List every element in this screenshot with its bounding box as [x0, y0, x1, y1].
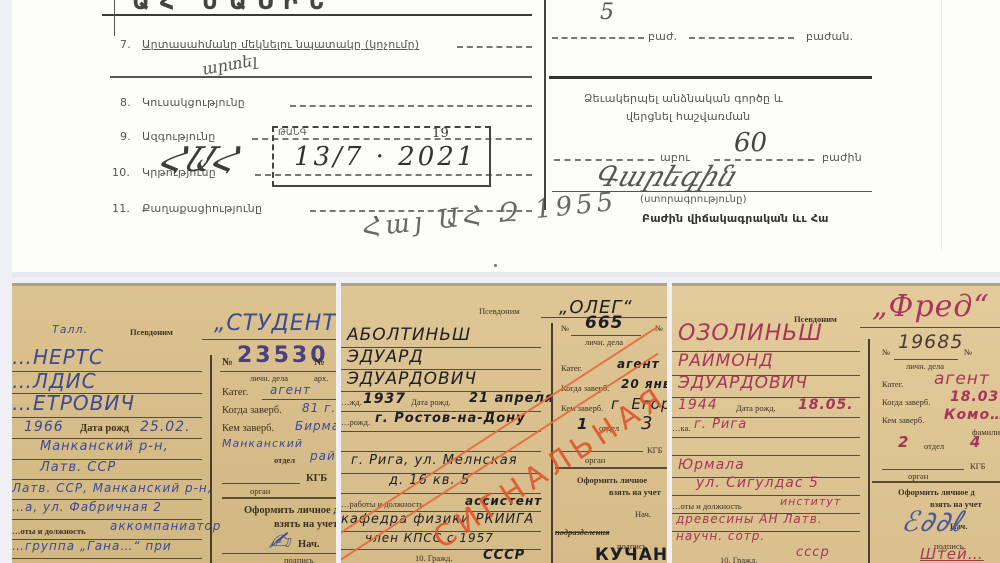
- recruited-by-value: Бирманис: [295, 419, 336, 433]
- field-11-number: 11.: [112, 202, 130, 215]
- birth-place: г. Рига: [694, 417, 747, 432]
- signer-surname: Штей…: [920, 545, 984, 563]
- pseudonym-label: Псевдоним: [130, 327, 173, 337]
- category-label: Катег.: [561, 363, 582, 373]
- first-name: РАЙМОНД: [678, 351, 774, 371]
- category-value: агент: [934, 369, 990, 389]
- recruited-when-value: 18.03: [950, 389, 999, 405]
- recruited-when-label: Когда заверб.: [882, 397, 930, 407]
- recruited-by-label: Кем заверб.: [222, 423, 274, 434]
- card-edge: [341, 283, 667, 286]
- surname: …НЕРТС: [12, 345, 104, 369]
- field-7-label: Արտասահմանը մեկնելու նպատակը (կոչումը): [142, 38, 419, 51]
- rule: [552, 191, 872, 192]
- underline: [202, 339, 336, 340]
- dept-value: рай: [310, 449, 336, 463]
- birth-place: г. Ростов-на-Дону: [375, 411, 526, 426]
- form-header-fragment: ԱՀ ՄԱՍԻՆ: [132, 0, 333, 15]
- number-suffix: №: [314, 357, 325, 368]
- chief-signature: ℰ∂∂ℓ: [899, 505, 971, 538]
- recruited-when-value: 81 г.: [302, 401, 336, 415]
- section-value: 2: [898, 433, 909, 451]
- dept-label: отдел: [274, 455, 295, 465]
- post-photo-collage: ԱՀ ՄԱՍԻՆ 7. Արտասահմանը մեկնելու նպատակը…: [12, 0, 1000, 563]
- register-label: Оформить личное дело: [244, 505, 336, 516]
- field-11-handwriting: Հայ ԱՀ Զ 1955: [361, 187, 618, 244]
- photo-kgb-card-oleg[interactable]: Псевдоним „ОЛЕГ“ АБОЛТИНЬШ ЭДУАРД ЭДУАРД…: [341, 283, 667, 563]
- underline: [262, 399, 336, 400]
- underline: [12, 479, 202, 480]
- field-10-handwriting: ՀԱՀ: [153, 140, 248, 180]
- underline: [12, 558, 202, 559]
- address: Юрмала: [678, 457, 745, 473]
- section-label: բաժան.: [806, 30, 853, 43]
- first-name: ЭДУАРД: [347, 347, 424, 367]
- number-prefix: №: [222, 357, 233, 368]
- dashed-line: [689, 37, 794, 39]
- work-2: …группа „Гана…“ при: [12, 539, 172, 553]
- chief-label: Нач.: [635, 509, 651, 519]
- patronymic: ЭДУАРДОВИЧ: [678, 373, 808, 393]
- citizenship-value: СССР: [483, 548, 525, 563]
- rule: [114, 0, 115, 36]
- kgb-label: КГБ: [306, 473, 327, 484]
- address: Латв. ССР, Манканский р-н,: [12, 481, 213, 495]
- card-edge: [12, 283, 336, 286]
- address-2: …а, ул. Фабричная 2: [12, 500, 162, 514]
- dept-label: отдел: [924, 441, 944, 451]
- birth-place: Манканский р-н,: [40, 439, 169, 454]
- field-8-label: Կուսակցությունը: [142, 96, 245, 109]
- pseudonym-label: Псевдоним: [479, 306, 520, 316]
- birth-date: 21 апреля: [469, 391, 554, 406]
- register-label-2: взять на учет: [609, 487, 661, 497]
- corner-note: Талл.: [52, 323, 88, 336]
- pseudonym-value: „СТУДЕНТС“: [214, 311, 336, 336]
- signature-handwriting: Գարեգին: [591, 160, 743, 193]
- column-divider: [544, 0, 546, 210]
- signer-surname: КУЧАН…: [595, 545, 667, 563]
- chief-label: Нач.: [298, 539, 320, 550]
- underline: [222, 497, 336, 499]
- file-label-2: арх.: [314, 373, 328, 383]
- register-label: Оформить личное д: [898, 487, 975, 497]
- rule: [110, 76, 532, 78]
- signature-caption: (ստորագրությունը): [640, 194, 747, 205]
- dept-value: 4: [970, 433, 981, 451]
- field-11-label: Քաղաքացիությունը: [142, 202, 262, 215]
- underline: [222, 553, 336, 554]
- photo-kgb-card-studentss[interactable]: Талл. Псевдоним „СТУДЕНТС“ …НЕРТС …ЛДИС …: [12, 283, 336, 563]
- kgb-label: КГБ: [647, 445, 662, 455]
- recruited-by-value: Комо…: [944, 407, 1000, 423]
- stamp-year-prefix: 19: [432, 126, 449, 141]
- dept-value-handwriting: 60: [734, 128, 767, 158]
- underline: [341, 451, 541, 452]
- birth-date-label: Дата рожд.: [736, 403, 776, 413]
- number-prefix: №: [882, 347, 890, 357]
- underline: [672, 455, 860, 456]
- recruited-when-label: Когда заверб.: [222, 405, 282, 416]
- birth-place-label: …ка.: [672, 423, 690, 433]
- underline: [571, 335, 641, 336]
- underline: [220, 371, 336, 372]
- right-title-line2: վերցնել հաշվառման: [626, 110, 750, 123]
- birth-year-label: …жд.: [341, 397, 362, 407]
- rule: [549, 76, 872, 79]
- work-3: научн. сотр.: [676, 529, 765, 543]
- dashed-line: [457, 46, 532, 48]
- card-edge: [672, 283, 1000, 286]
- file-label: личн. дела: [585, 337, 623, 347]
- right-title-line1: Ձեւակերպել անձնական գործը և: [584, 92, 783, 105]
- kgb-label: КГБ: [970, 461, 985, 471]
- underline: [341, 431, 541, 432]
- surname: ОЗОЛИНЬШ: [678, 321, 823, 346]
- citizenship-value: ссср: [796, 545, 830, 560]
- category-label: Катег.: [222, 387, 248, 398]
- date-stamp: ԹԱՆԳ 19 13/7 · 2021: [272, 126, 491, 187]
- card-divider: [868, 339, 870, 563]
- dashed-line: [290, 105, 532, 107]
- birth-place-label: …рожд.: [341, 417, 370, 427]
- underline: [872, 481, 1000, 483]
- scan-speck: [494, 264, 497, 267]
- address-2: ул. Сигулдас 5: [696, 475, 819, 491]
- file-number: 665: [585, 313, 624, 333]
- field-9-number: 9.: [120, 130, 131, 143]
- field-10-number: 10.: [112, 166, 130, 179]
- underline: [882, 469, 964, 470]
- pseudonym-value: „Фред“: [872, 289, 990, 324]
- underline: [894, 359, 958, 360]
- card-divider: [551, 323, 553, 563]
- birth-date: 18.05.: [798, 397, 854, 413]
- underline: [222, 483, 300, 484]
- rule: [102, 14, 532, 16]
- birth-year: 1944: [678, 397, 718, 413]
- photo-border: [12, 272, 1000, 277]
- number-handwriting: 5: [600, 0, 614, 25]
- work-label: …оты и должность: [12, 526, 86, 536]
- signature-label: подпись: [284, 555, 314, 563]
- birth-date-label: Дата рожд: [80, 423, 129, 434]
- underline: [672, 437, 860, 438]
- photo-kgb-card-fred[interactable]: Псевдоним „Фред“ ОЗОЛИНЬШ РАЙМОНД ЭДУАРД…: [672, 283, 1000, 563]
- register-label: Оформить личное: [577, 475, 647, 485]
- stamp-prefix: ԹԱՆԳ: [278, 128, 307, 138]
- surname: АБОЛТИНЬШ: [347, 325, 471, 345]
- underline: [860, 327, 1000, 328]
- dashed-line: [552, 37, 644, 39]
- file-number: 19685: [898, 331, 963, 353]
- work: аккомпаниатор: [110, 519, 221, 533]
- category-label: Катег.: [882, 379, 903, 389]
- file-label: личн. дела: [250, 373, 288, 383]
- scan-edge: [941, 0, 942, 250]
- field-7-handwriting: արտել: [201, 50, 259, 78]
- number-suffix: №: [964, 347, 972, 357]
- photo-armenian-form[interactable]: ԱՀ ՄԱՍԻՆ 7. Արտասահմանը մեկնելու նպատակը…: [12, 0, 1000, 277]
- first-name: …ЛДИС: [12, 369, 97, 393]
- room-label: բաժ.: [648, 30, 677, 43]
- recruited-by-label: Кем заверб.: [882, 415, 924, 425]
- stamp-date: 13/7 · 2021: [294, 142, 476, 172]
- right-footer: Բաժին վիճակագրական ևւ Հա: [642, 212, 829, 225]
- patronymic: ЭДУАРДОВИЧ: [347, 369, 477, 389]
- card-divider: [210, 355, 212, 563]
- birth-year: 1937: [363, 391, 406, 407]
- patronymic: …ЕТРОВИЧ: [12, 391, 135, 415]
- field-7-number: 7.: [120, 38, 131, 51]
- birth-date-label: Дата рожд.: [411, 397, 451, 407]
- work-2: древесины АН Латв.: [676, 512, 823, 526]
- recruited-by-value-2: Манканский: [222, 437, 303, 450]
- work: институт: [780, 495, 841, 508]
- birth-year: 1966: [24, 419, 64, 435]
- dept-suffix: բաժին: [822, 151, 862, 164]
- underline: [12, 417, 202, 418]
- birth-date: 25.02.: [140, 419, 191, 435]
- citizenship-label: 10. Гражд.: [720, 555, 757, 563]
- organ-label: орган: [250, 486, 270, 496]
- category-value: агент: [270, 383, 311, 397]
- birth-place-2: Латв. ССР: [40, 460, 116, 475]
- organ-label: орган: [908, 471, 928, 481]
- number-prefix: №: [561, 323, 569, 333]
- chief-title: подразделения: [555, 527, 610, 537]
- work-label: …оты и должность: [672, 501, 742, 511]
- field-8-number: 8.: [120, 96, 131, 109]
